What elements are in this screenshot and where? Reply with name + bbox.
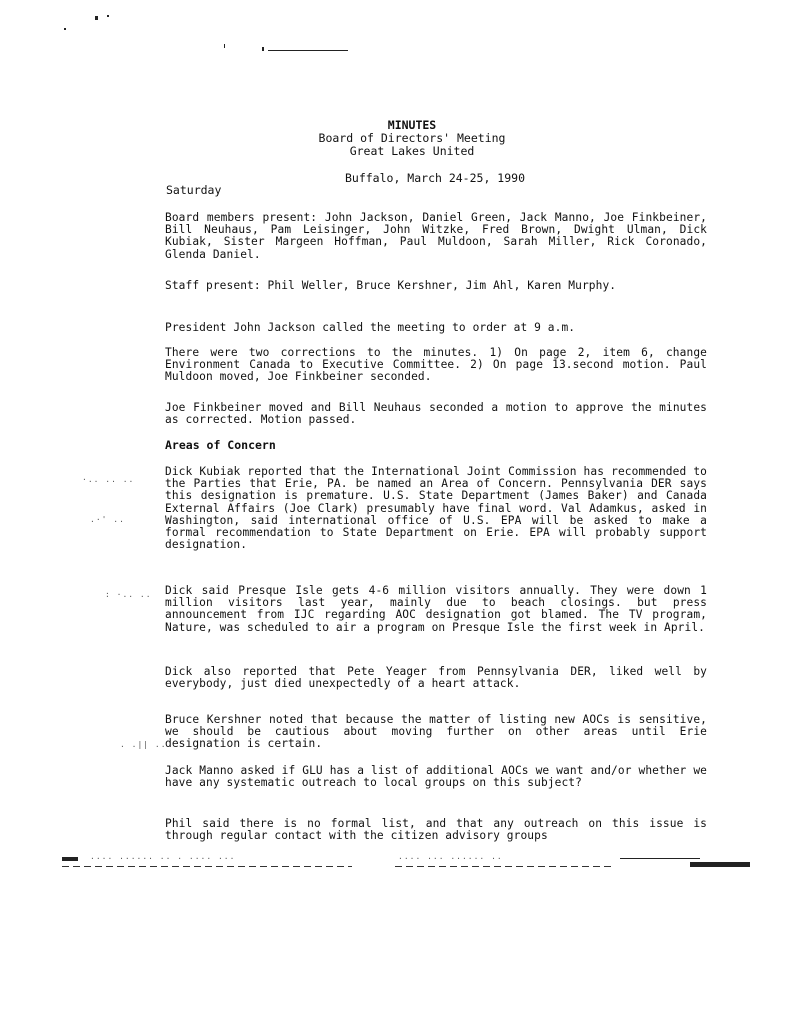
yeager-paragraph: Dick also reported that Pete Yeager from… — [165, 666, 707, 690]
phil-response: Phil said there is no formal list, and t… — [165, 818, 707, 842]
kershner-paragraph: Bruce Kershner noted that because the ma… — [165, 714, 707, 751]
section-heading-areas-of-concern: Areas of Concern — [165, 438, 276, 452]
organization-name: Great Lakes United — [262, 145, 562, 158]
scan-edge-mark — [620, 858, 700, 859]
minutes-corrections: There were two corrections to the minute… — [165, 347, 707, 384]
manno-question: Jack Manno asked if GLU has a list of ad… — [165, 765, 707, 789]
scan-faint-text: ···· ··· ······ ·· — [398, 854, 503, 863]
call-to-order: President John Jackson called the meetin… — [165, 322, 707, 334]
location-date: Buffalo, March 24-25, 1990 — [290, 172, 580, 185]
presque-isle-paragraph: Dick said Presque Isle gets 4-6 million … — [165, 585, 707, 634]
scan-speck — [224, 44, 225, 48]
scan-speck — [64, 28, 66, 30]
scan-dashed-line — [395, 866, 615, 867]
scan-line — [268, 50, 348, 51]
day-label: Saturday — [166, 183, 221, 197]
scan-speck — [107, 15, 109, 17]
scan-edge-mark — [690, 862, 750, 867]
scan-speck — [262, 47, 264, 51]
margin-smudge: . .|| .. — [120, 740, 167, 749]
scan-speck — [95, 16, 98, 20]
margin-smudge: ·.. .. .. — [82, 475, 134, 484]
margin-smudge: : ·.. .. — [105, 590, 152, 599]
staff-present: Staff present: Phil Weller, Bruce Kershn… — [165, 280, 707, 292]
scan-edge-mark — [62, 857, 78, 861]
scan-faint-text: ···· ······ ·· · ···· ··· — [90, 854, 235, 863]
board-members-present: Board members present: John Jackson, Dan… — [165, 212, 707, 261]
scan-dashed-line — [62, 866, 352, 867]
scanned-document-page: MINUTES Board of Directors' Meeting Grea… — [0, 0, 794, 1024]
kubiak-report: Dick Kubiak reported that the Internatio… — [165, 466, 707, 551]
margin-smudge: .·' .. — [90, 515, 125, 524]
minutes-approval: Joe Finkbeiner moved and Bill Neuhaus se… — [165, 402, 707, 426]
